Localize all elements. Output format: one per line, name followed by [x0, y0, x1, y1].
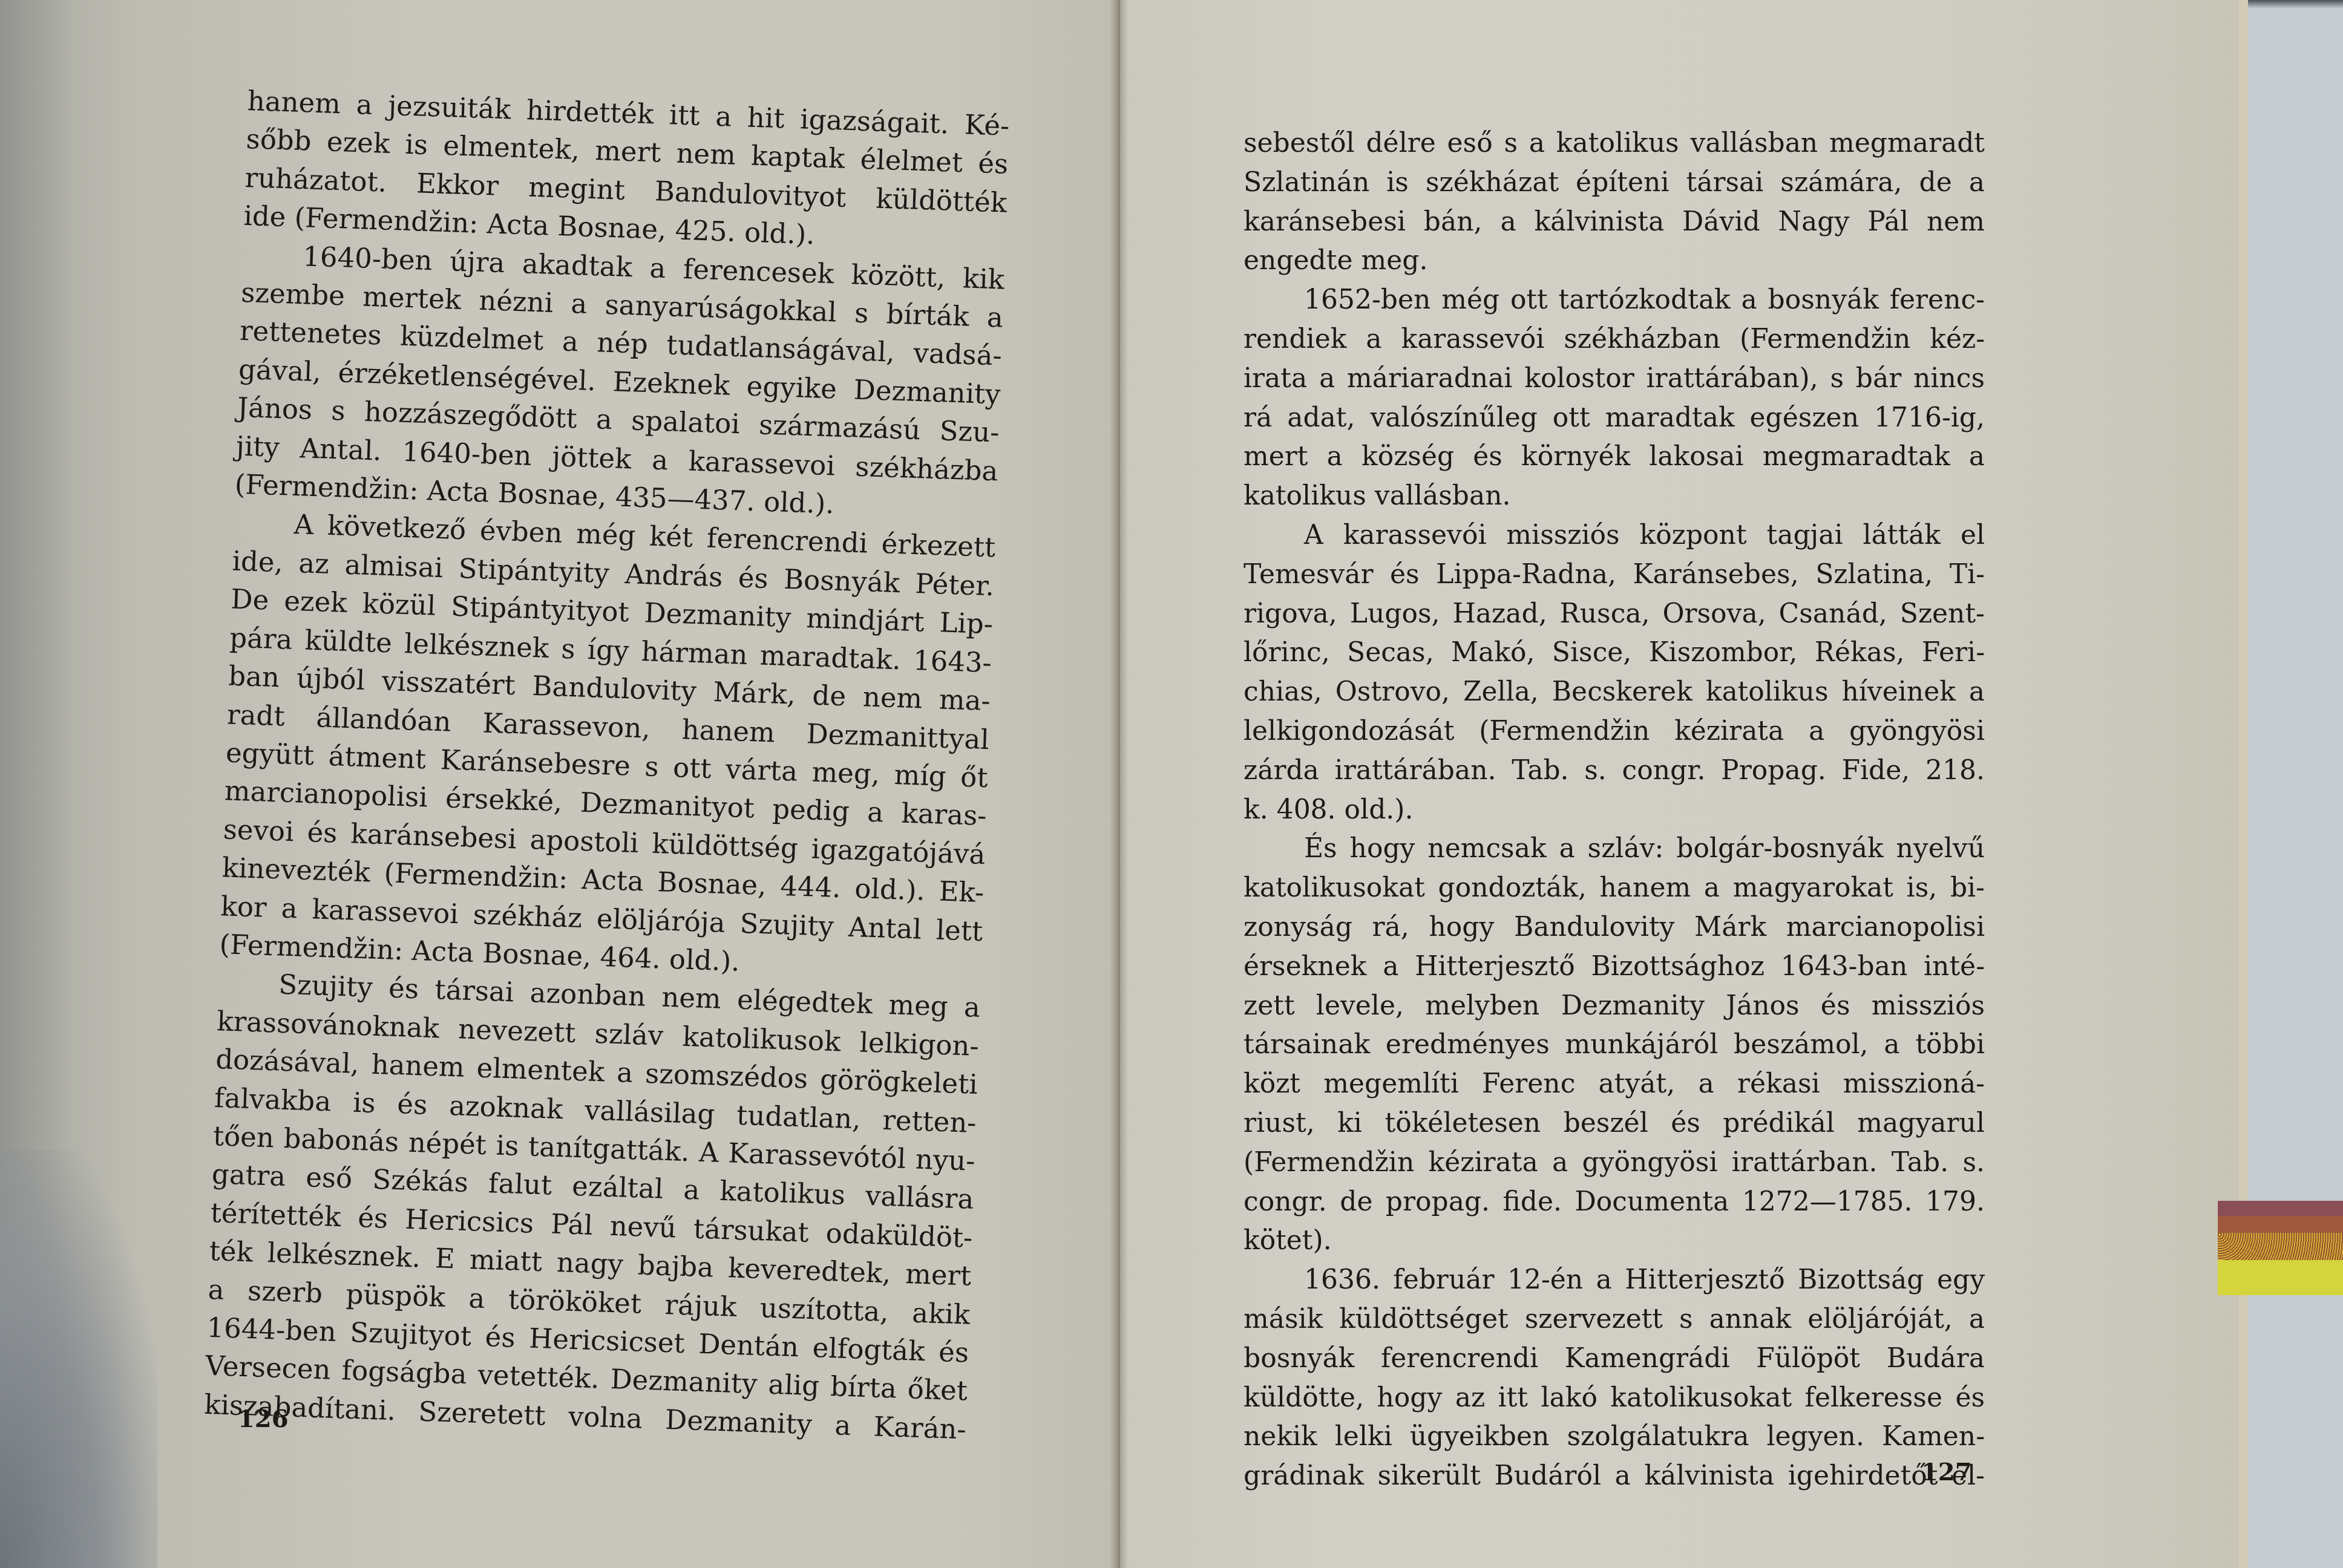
- text-line: mert a község és környék lakosai megmara…: [1244, 437, 1985, 477]
- cover-stripe-yellow: [2218, 1260, 2343, 1295]
- thumb-shadow: [0, 1149, 157, 1568]
- text-line: nekik lelki ügyeikben szolgálatukra legy…: [1244, 1417, 1985, 1457]
- text-line: sebestől délre eső s a katolikus vallásb…: [1244, 124, 1985, 163]
- text-line: rendiek a karassevói székházban (Fermend…: [1244, 320, 1985, 359]
- text-line: Szlatinán is székházat építeni társai sz…: [1244, 163, 1985, 203]
- page-number-left: 126: [238, 1405, 289, 1433]
- text-line: 1636. február 12-én a Hitterjesztő Bizot…: [1244, 1261, 1985, 1300]
- text-line: engedte meg.: [1244, 241, 1985, 281]
- text-line: k. 408. old.).: [1244, 791, 1985, 830]
- cover-stripe-rust: [2218, 1216, 2343, 1233]
- text-line: katolikus vallásban.: [1244, 477, 1985, 516]
- text-line: karánsebesi bán, a kálvinista Dávid Nagy…: [1244, 203, 1985, 242]
- left-page-body-text: hanem a jezsuiták hirdették itt a hit ig…: [203, 82, 1010, 1449]
- text-line: zett levele, melyben Dezmanity János és …: [1244, 987, 1985, 1026]
- book-spread-photo: hanem a jezsuiták hirdették itt a hit ig…: [0, 0, 2343, 1568]
- cover-shadow: [2248, 0, 2343, 8]
- text-line: (Fermendžin kézirata a gyöngyösi irattár…: [1244, 1143, 1985, 1183]
- book-gutter: [1110, 0, 1129, 1568]
- text-line: rigova, Lugos, Hazad, Rusca, Orsova, Csa…: [1244, 595, 1985, 634]
- text-line: Temesvár és Lippa-Radna, Karánsebes, Szl…: [1244, 555, 1985, 595]
- text-line: rá adat, valószínűleg ott maradtak egész…: [1244, 399, 1985, 438]
- right-page-body-text: sebestől délre eső s a katolikus vallásb…: [1244, 124, 1985, 1496]
- text-line: katolikusokat gondozták, hanem a magyaro…: [1244, 869, 1985, 908]
- text-line: És hogy nemcsak a szláv: bolgár-bosnyák …: [1244, 829, 1985, 869]
- cover-stripe-maroon: [2218, 1201, 2343, 1216]
- text-line: chias, Ostrovo, Zella, Becskerek katolik…: [1244, 673, 1985, 712]
- text-line: lelkigondozását (Fermendžin kézirata a g…: [1244, 712, 1985, 751]
- text-line: grádinak sikerült Budáról a kálvinista i…: [1244, 1457, 1985, 1496]
- book-cover-edge: [2248, 0, 2343, 1568]
- text-line: A karassevói missziós központ tagjai lát…: [1244, 516, 1985, 555]
- text-line: közt megemlíti Ferenc atyát, a rékasi mi…: [1244, 1065, 1985, 1104]
- text-line: érseknek a Hitterjesztő Bizottsághoz 164…: [1244, 947, 1985, 987]
- cover-stripe-ochre: [2218, 1233, 2343, 1260]
- text-line: zárda irattárában. Tab. s. congr. Propag…: [1244, 751, 1985, 791]
- text-line: riust, ki tökéletesen beszél és prédikál…: [1244, 1104, 1985, 1143]
- text-line: zonyság rá, hogy Bandulovity Márk marcia…: [1244, 908, 1985, 947]
- text-line: bosnyák ferencrendi Kamengrádi Fülöpöt B…: [1244, 1339, 1985, 1379]
- text-line: lőrinc, Secas, Makó, Sisce, Kiszombor, R…: [1244, 633, 1985, 673]
- text-line: irata a máriaradnai kolostor irattárában…: [1244, 359, 1985, 399]
- text-line: 1652-ben még ott tartózkodtak a bosnyák …: [1244, 281, 1985, 320]
- text-line: congr. de propag. fide. Documenta 1272—1…: [1244, 1183, 1985, 1222]
- text-line: társainak eredményes munkájáról beszámol…: [1244, 1025, 1985, 1065]
- text-line: kötet).: [1244, 1221, 1985, 1261]
- page-stack-edge: [2239, 0, 2248, 1568]
- page-number-right: 127: [1921, 1458, 1972, 1486]
- text-line: küldötte, hogy az itt lakó katolikusokat…: [1244, 1379, 1985, 1418]
- text-line: másik küldöttséget szervezett s annak el…: [1244, 1300, 1985, 1339]
